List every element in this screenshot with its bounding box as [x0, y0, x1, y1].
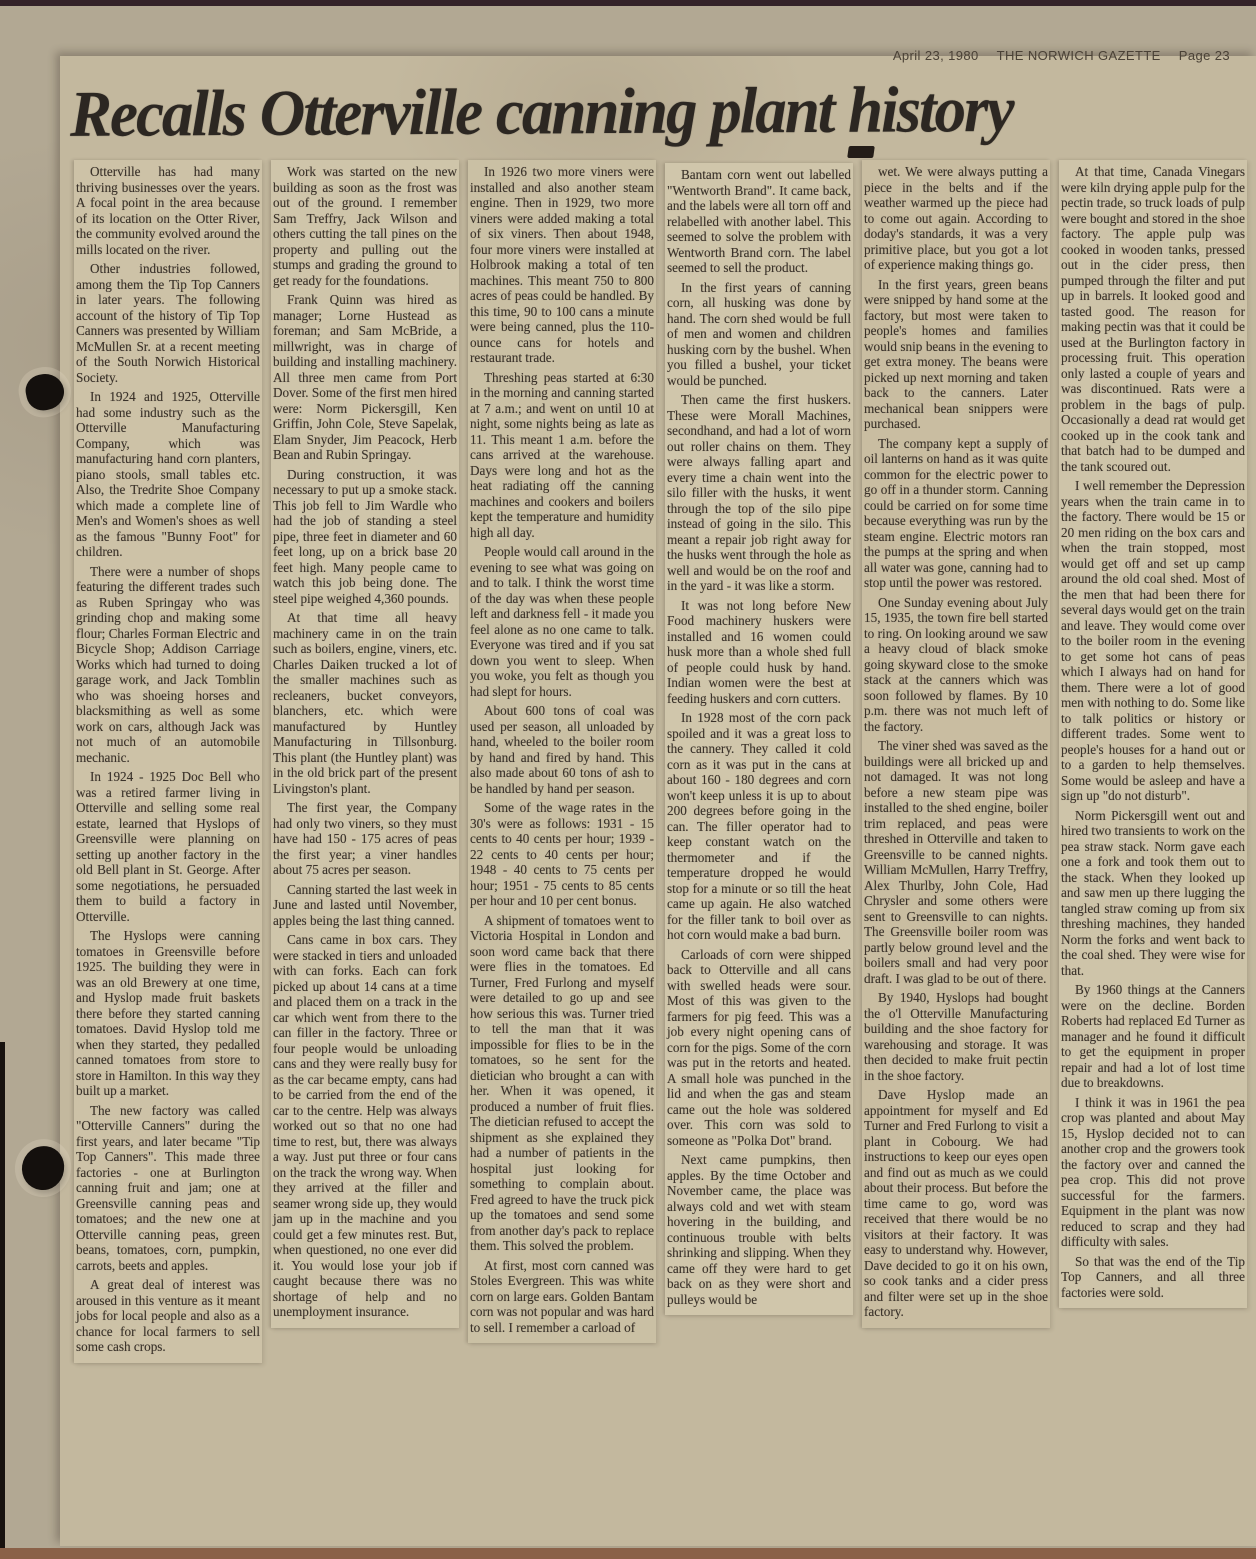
article-columns: Otterville has had many thriving busines… [74, 160, 1250, 1363]
scan-edge-top [0, 0, 1256, 6]
article-paragraph: The new factory was called "Otterville C… [76, 1103, 260, 1274]
article-column: In 1926 two more viners were installed a… [468, 160, 656, 1343]
article-column: wet. We were always putting a piece in t… [862, 160, 1050, 1328]
article-paragraph: One Sunday evening about July 15, 1935, … [864, 595, 1048, 735]
article-paragraph: In 1924 and 1925, Otterville had some in… [76, 389, 260, 560]
ink-mark [847, 146, 875, 158]
article-column: Bantam corn went out labelled "Wentworth… [665, 163, 853, 1315]
article-paragraph: I well remember the Depression years whe… [1061, 478, 1245, 804]
article-paragraph: At that time, Canada Vinegars were kiln … [1061, 164, 1245, 474]
article-paragraph: The company kept a supply of oil lantern… [864, 436, 1048, 591]
article-paragraph: People would call around in the evening … [470, 544, 654, 699]
article-paragraph: Next came pumpkins, then apples. By the … [667, 1152, 851, 1307]
article-paragraph: Norm Pickersgill went out and hired two … [1061, 808, 1245, 979]
article-paragraph: A great deal of interest was aroused in … [76, 1277, 260, 1355]
dateline-date: April 23, 1980 [893, 48, 979, 63]
dateline-paper: THE NORWICH GAZETTE [997, 48, 1161, 63]
article-column: Work was started on the new building as … [271, 160, 459, 1328]
article-paragraph: Otterville has had many thriving busines… [76, 164, 260, 257]
article-paragraph: Cans came in box cars. They were stacked… [273, 932, 457, 1320]
article-paragraph: By 1940, Hyslops had bought the o'l Otte… [864, 990, 1048, 1083]
article-paragraph: Work was started on the new building as … [273, 164, 457, 288]
article-paragraph: Carloads of corn were shipped back to Ot… [667, 947, 851, 1149]
article-paragraph: Canning started the last week in June an… [273, 882, 457, 929]
dateline-page: Page 23 [1179, 48, 1230, 63]
dateline: April 23, 1980 THE NORWICH GAZETTE Page … [893, 48, 1230, 63]
article-headline: Recalls Otterville canning plant history [70, 66, 1254, 155]
article-paragraph: Then came the first huskers. These were … [667, 392, 851, 594]
scan-edge-bottom [0, 1548, 1256, 1559]
article-paragraph: wet. We were always putting a piece in t… [864, 164, 1048, 273]
article-paragraph: At first, most corn canned was Stoles Ev… [470, 1258, 654, 1336]
article-column: Otterville has had many thriving busines… [74, 160, 262, 1363]
article-paragraph: It was not long before New Food machiner… [667, 598, 851, 707]
article-paragraph: The Hyslops were canning tomatoes in Gre… [76, 928, 260, 1099]
article-paragraph: Dave Hyslop made an appointment for myse… [864, 1087, 1048, 1320]
article-paragraph: In 1926 two more viners were installed a… [470, 164, 654, 366]
article-paragraph: The first year, the Company had only two… [273, 800, 457, 878]
article-paragraph: In the first years of canning corn, all … [667, 280, 851, 389]
article-paragraph: Some of the wage rates in the 30's were … [470, 800, 654, 909]
article-paragraph: A shipment of tomatoes went to Victoria … [470, 913, 654, 1254]
article-paragraph: I think it was in 1961 the pea crop was … [1061, 1095, 1245, 1250]
article-paragraph: Bantam corn went out labelled "Wentworth… [667, 167, 851, 276]
article-paragraph: By 1960 things at the Canners were on th… [1061, 982, 1245, 1091]
article-paragraph: The viner shed was saved as the building… [864, 738, 1048, 986]
scan-edge-left [0, 1042, 5, 1559]
article-paragraph: So that was the end of the Tip Top Canne… [1061, 1254, 1245, 1301]
article-paragraph: About 600 tons of coal was used per seas… [470, 703, 654, 796]
article-paragraph: Frank Quinn was hired as manager; Lorne … [273, 292, 457, 463]
article-column: At that time, Canada Vinegars were kiln … [1059, 160, 1247, 1308]
article-paragraph: During construction, it was necessary to… [273, 467, 457, 607]
article-paragraph: There were a number of shops featuring t… [76, 564, 260, 766]
article-paragraph: In the first years, green beans were sni… [864, 277, 1048, 432]
article-paragraph: In 1924 - 1925 Doc Bell who was a retire… [76, 769, 260, 924]
article-paragraph: In 1928 most of the corn pack spoiled an… [667, 710, 851, 943]
article-paragraph: Other industries followed, among them th… [76, 261, 260, 385]
article-paragraph: At that time all heavy machinery came in… [273, 610, 457, 796]
article-paragraph: Threshing peas started at 6:30 in the mo… [470, 370, 654, 541]
